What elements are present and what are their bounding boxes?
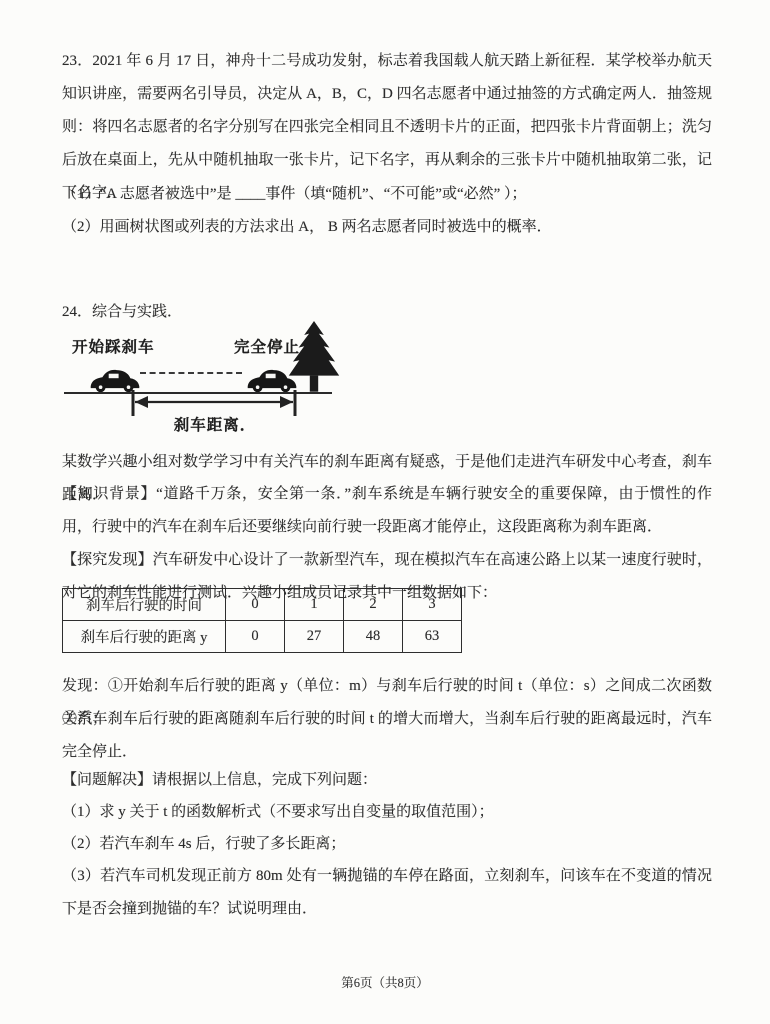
figure-label-start-braking: 开始踩刹车: [72, 335, 155, 357]
table-cell: 1: [285, 589, 344, 621]
q23-part2: （2）用画树状图或列表的方法求出 A， B 两名志愿者同时被选中的概率．: [62, 211, 712, 244]
table-cell: 27: [285, 621, 344, 653]
figure-label-braking-distance: 刹车距离．: [133, 413, 297, 435]
q24-background: 【知识背景】“道路千万条，安全第一条．”刹车系统是车辆行驶安全的重要保障，由于惯…: [62, 478, 712, 544]
page-number: 第6页（共8页）: [0, 973, 770, 991]
table-cell: 0: [226, 621, 285, 653]
table-cell: 48: [344, 621, 403, 653]
braking-data-table: 刹车后行驶的时间 0 1 2 3 刹车后行驶的距离 y 0 27 48 63: [62, 588, 462, 653]
table-row-header: 刹车后行驶的时间: [63, 589, 226, 621]
q24-solve-title: 【问题解决】请根据以上信息，完成下列问题：: [62, 764, 712, 797]
table-row: 刹车后行驶的时间 0 1 2 3: [63, 589, 462, 621]
table-cell: 0: [226, 589, 285, 621]
table-row: 刹车后行驶的距离 y 0 27 48 63: [63, 621, 462, 653]
q24-part2: （2）若汽车刹车 4s 后，行驶了多长距离；: [62, 828, 712, 861]
q23-part1: （1）“A 志愿者被选中”是 ____事件（填“随机”、“不可能”或“必然” ）…: [62, 178, 712, 211]
dashed-path-line: [140, 372, 242, 374]
table-cell: 3: [403, 589, 462, 621]
exam-page: 23．2021 年 6 月 17 日，神舟十二号成功发射，标志着我国载人航天踏上…: [0, 0, 770, 1024]
q24-part1: （1）求 y 关于 t 的函数解析式（不要求写出自变量的取值范围）；: [62, 796, 712, 829]
table-row-header: 刹车后行驶的距离 y: [63, 621, 226, 653]
q24-part3: （3）若汽车司机发现正前方 80m 处有一辆抛锚的车停在路面，立刻刹车，问该车在…: [62, 860, 712, 926]
q24-finding2: ②汽车刹车后行驶的距离随刹车后行驶的时间 t 的增大而增大，当刹车后行驶的距离最…: [62, 703, 712, 769]
table-cell: 2: [344, 589, 403, 621]
pine-tree-icon: [286, 318, 342, 394]
table-cell: 63: [403, 621, 462, 653]
braking-distance-figure: 开始踩刹车 完全停止: [58, 313, 368, 435]
